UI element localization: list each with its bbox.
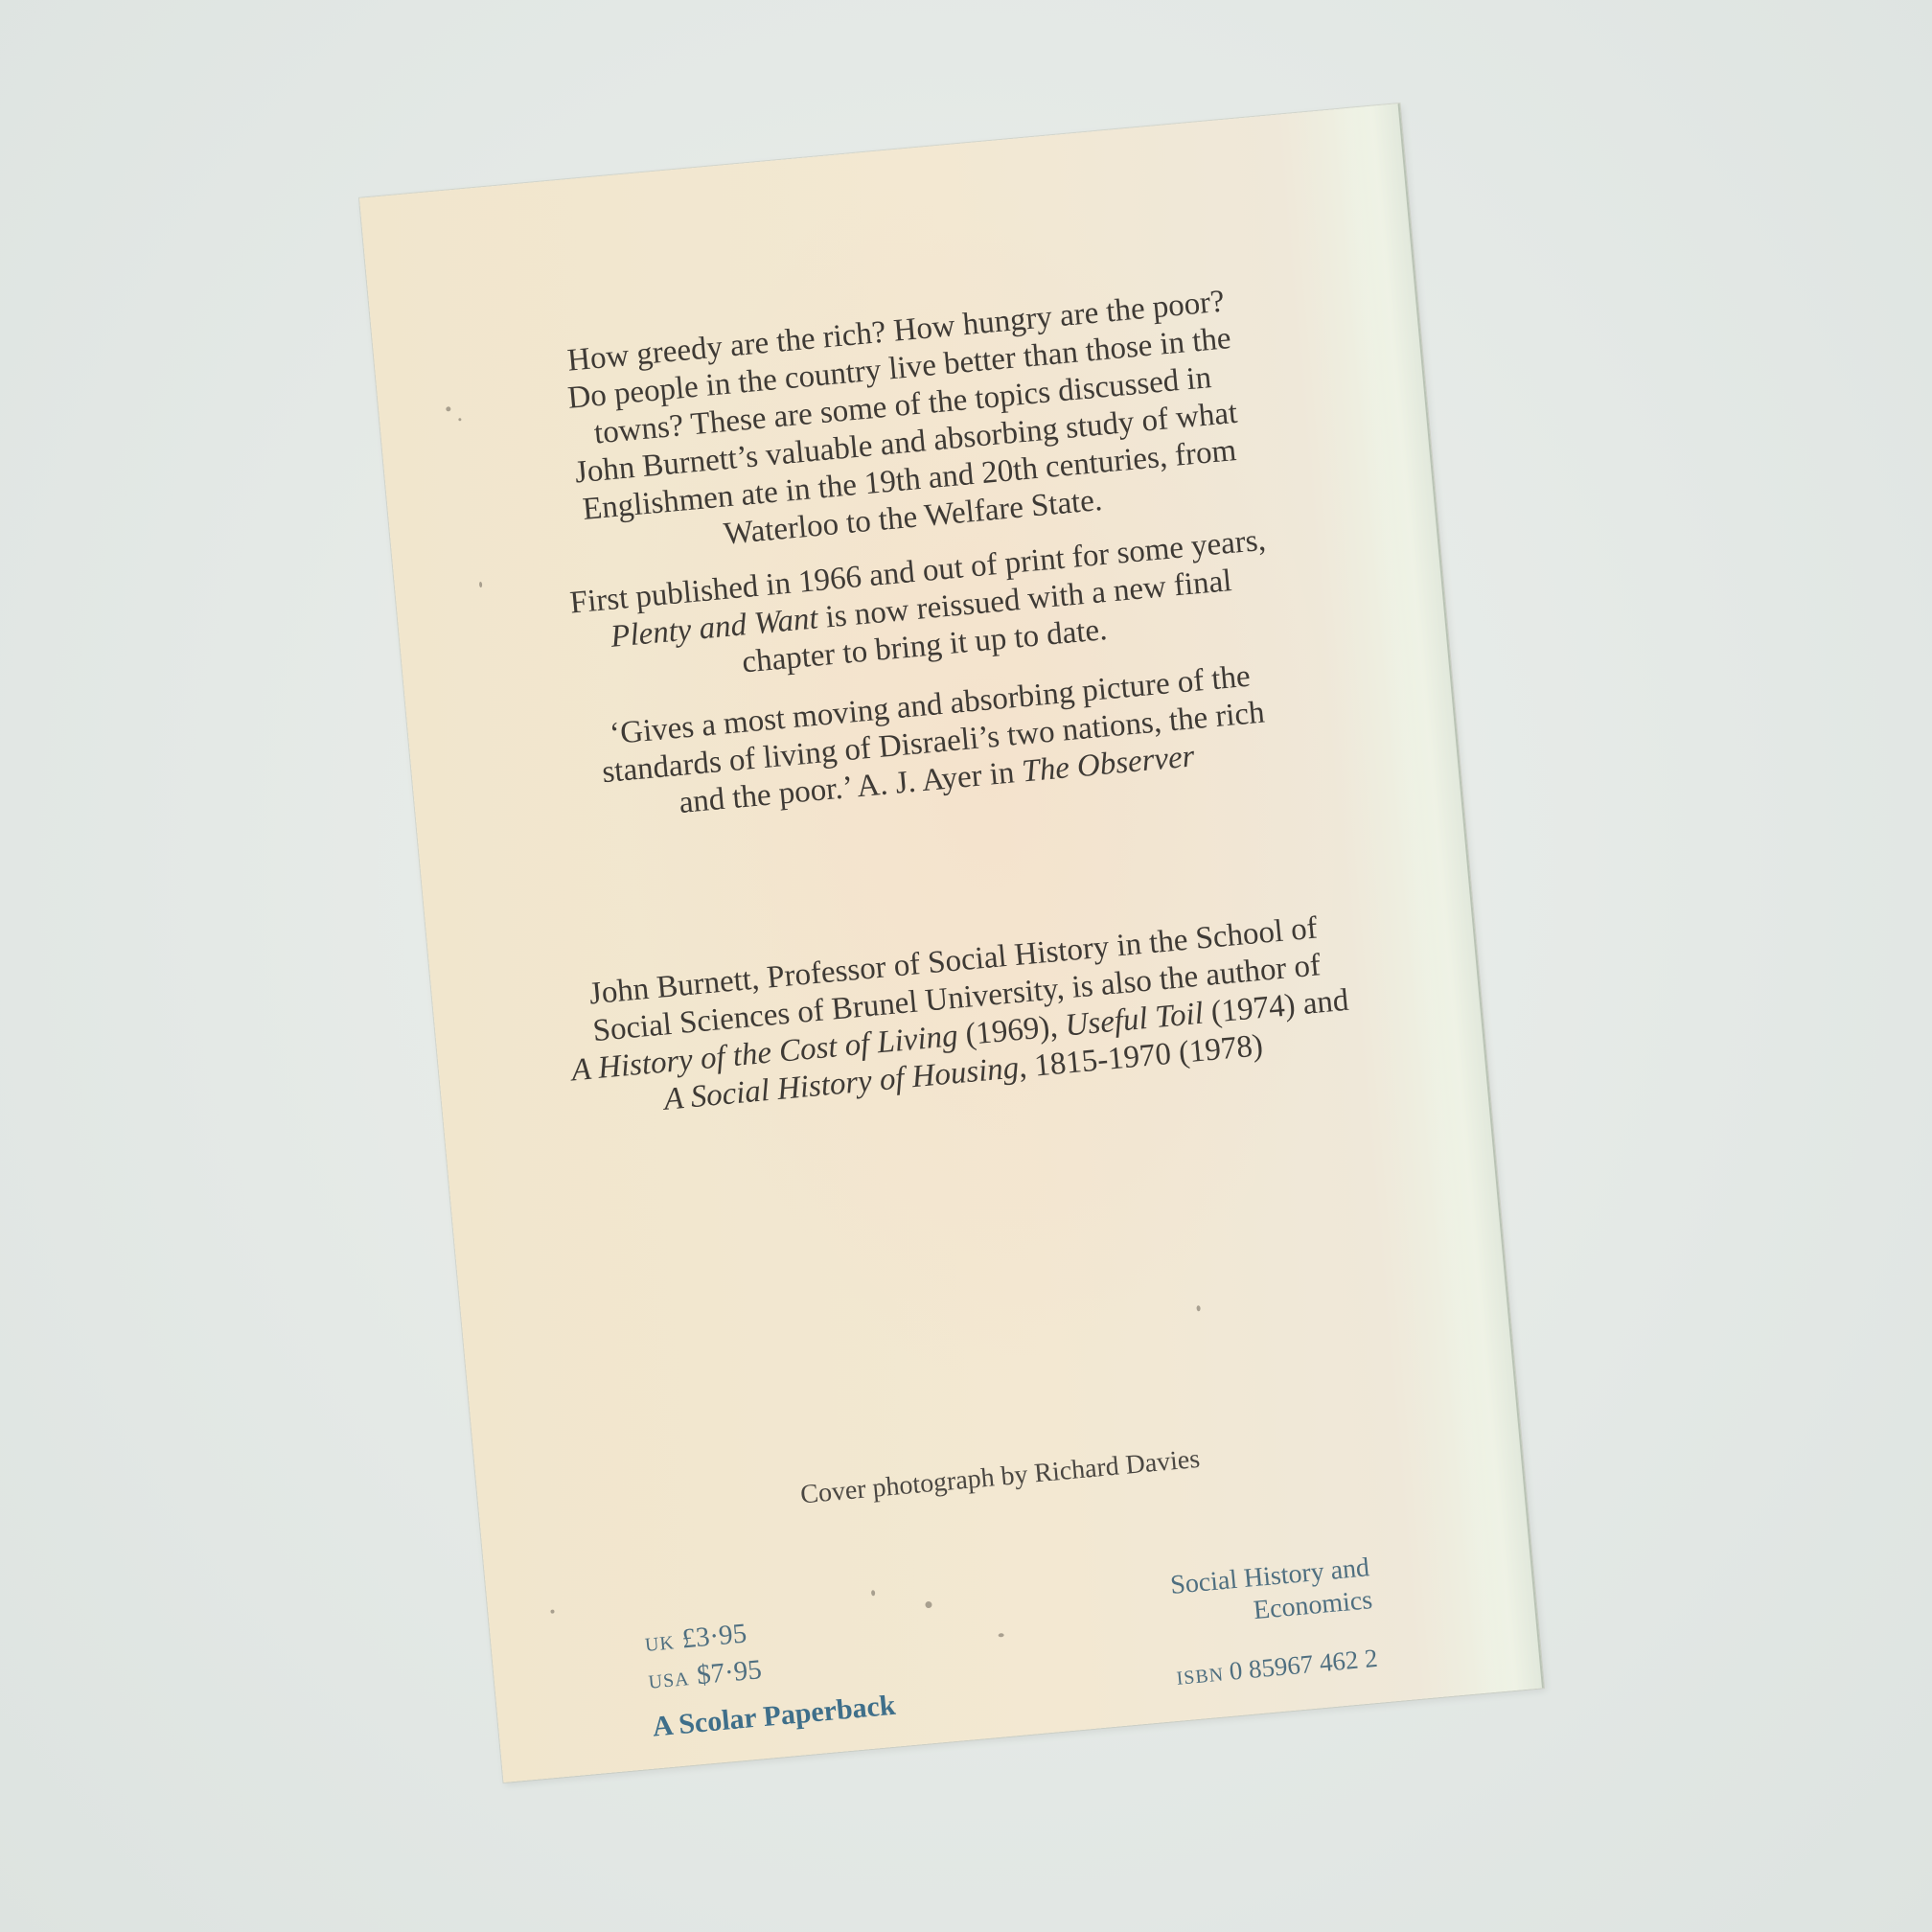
price-list: UK£3·95 USA$7·95 — [643, 1615, 763, 1699]
author-bio: John Burnett, Professor of Social Histor… — [431, 896, 1485, 1139]
category-label: Social History and Economics — [1169, 1552, 1374, 1635]
dust-speck — [1196, 1305, 1201, 1311]
price-label: UK — [644, 1632, 676, 1656]
price-value: £3·95 — [680, 1618, 747, 1654]
publisher-line: A Scolar Paperback — [651, 1690, 896, 1744]
dust-speck — [999, 1633, 1004, 1638]
isbn-label: ISBN — [1176, 1664, 1225, 1689]
price-value: $7·95 — [696, 1654, 763, 1690]
cover-credit: Cover photograph by Richard Davies — [478, 1411, 1522, 1543]
price-label: USA — [648, 1668, 691, 1693]
book-back-cover: How greedy are the rich? How hungry are … — [359, 103, 1544, 1782]
dust-speck — [871, 1590, 876, 1596]
isbn: ISBN0 85967 462 2 — [1175, 1644, 1379, 1691]
dust-speck — [925, 1601, 932, 1609]
dust-speck — [479, 582, 483, 587]
dust-speck — [550, 1609, 554, 1613]
isbn-value: 0 85967 462 2 — [1228, 1644, 1378, 1686]
